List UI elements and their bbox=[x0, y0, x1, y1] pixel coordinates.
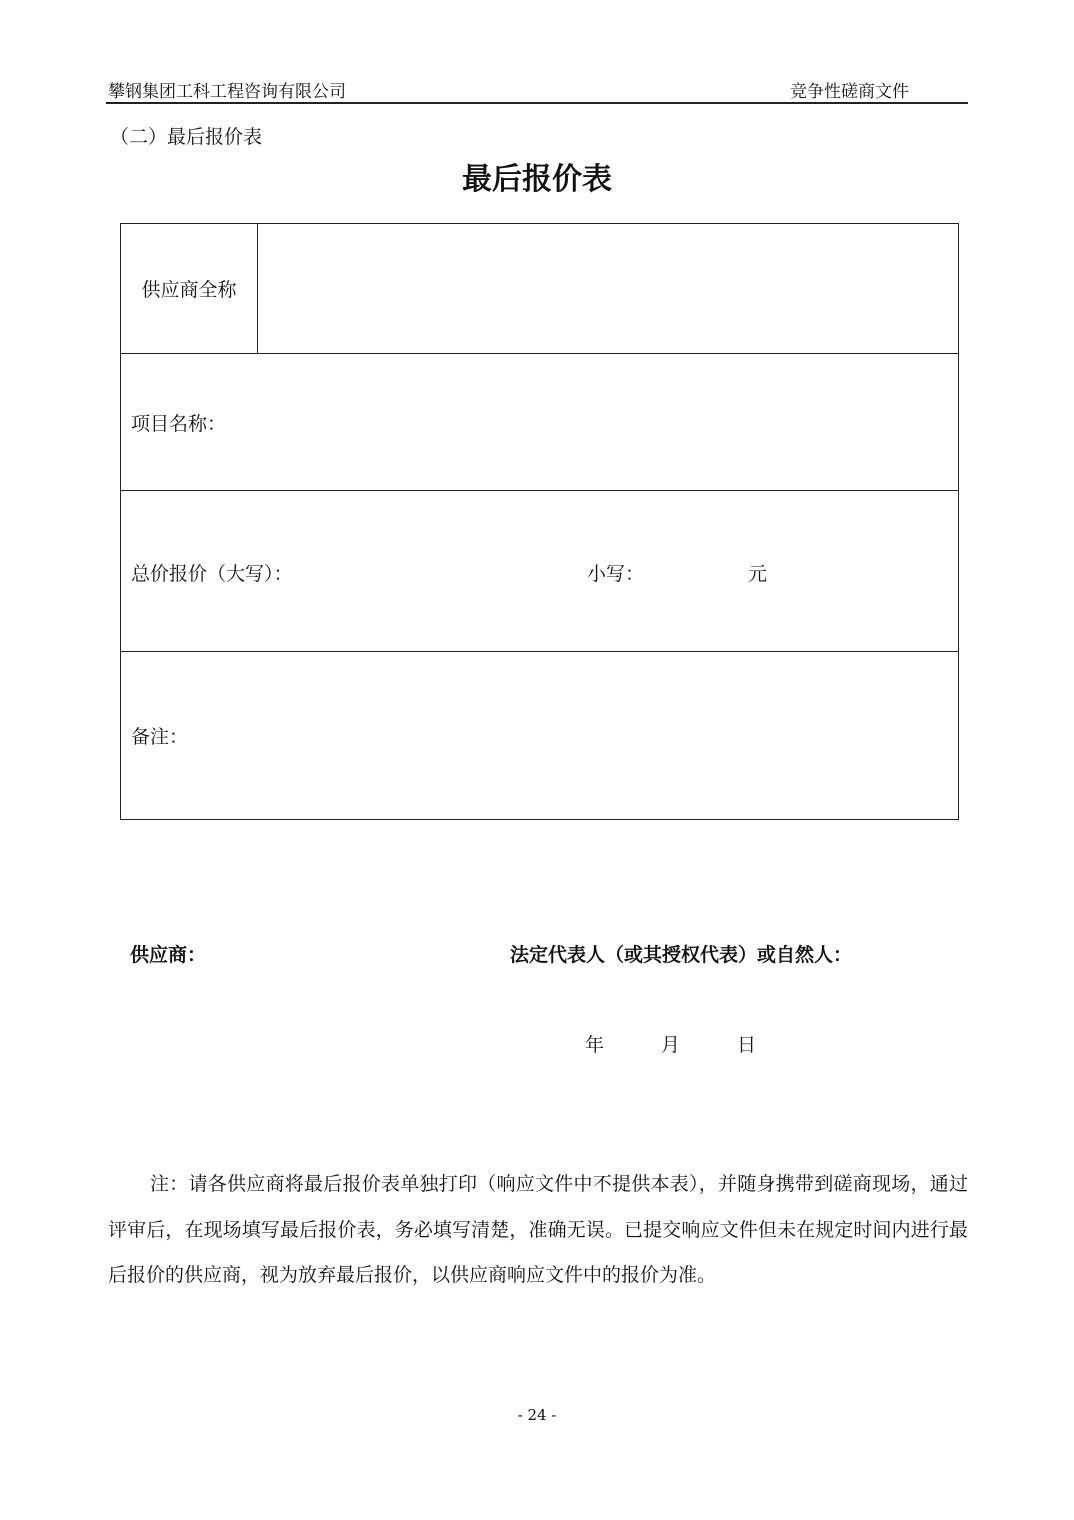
date-year: 年 bbox=[585, 1030, 604, 1057]
page-number: - 24 - bbox=[0, 1406, 1074, 1424]
project-name-row: 项目名称： bbox=[121, 354, 959, 491]
remarks-label: 备注： bbox=[131, 726, 188, 748]
supplier-signature-label: 供应商： bbox=[130, 940, 206, 967]
header-divider bbox=[106, 102, 968, 104]
total-price-lower-label: 小写： bbox=[587, 559, 644, 586]
date-month: 月 bbox=[661, 1030, 680, 1057]
total-price-row: 总价报价（大写）： 小写： 元 bbox=[121, 491, 959, 652]
project-name-field[interactable]: 项目名称： bbox=[121, 354, 959, 491]
currency-unit: 元 bbox=[748, 559, 767, 586]
total-price-upper-label: 总价报价（大写）： bbox=[131, 559, 293, 586]
remarks-row: 备注： bbox=[121, 652, 959, 820]
header-doc-type: 竞争性磋商文件 bbox=[790, 77, 909, 102]
header-company: 攀钢集团工科工程咨询有限公司 bbox=[108, 77, 346, 102]
remarks-field[interactable]: 备注： bbox=[121, 652, 959, 820]
page-title: 最后报价表 bbox=[0, 154, 1074, 198]
project-name-label: 项目名称： bbox=[131, 413, 226, 435]
supplier-name-row: 供应商全称 bbox=[121, 224, 959, 354]
section-title: （二）最后报价表 bbox=[110, 122, 262, 149]
representative-signature-label: 法定代表人（或其授权代表）或自然人： bbox=[510, 940, 852, 967]
supplier-name-label: 供应商全称 bbox=[121, 224, 258, 354]
date-day: 日 bbox=[737, 1030, 756, 1057]
quote-form-table: 供应商全称 项目名称： 总价报价（大写）： 小写： 元 备注： bbox=[120, 223, 959, 820]
note-paragraph: 注：请各供应商将最后报价表单独打印（响应文件中不提供本表），并随身携带到磋商现场… bbox=[108, 1162, 968, 1299]
total-price-field[interactable]: 总价报价（大写）： 小写： 元 bbox=[121, 491, 959, 652]
supplier-name-field[interactable] bbox=[258, 224, 959, 354]
